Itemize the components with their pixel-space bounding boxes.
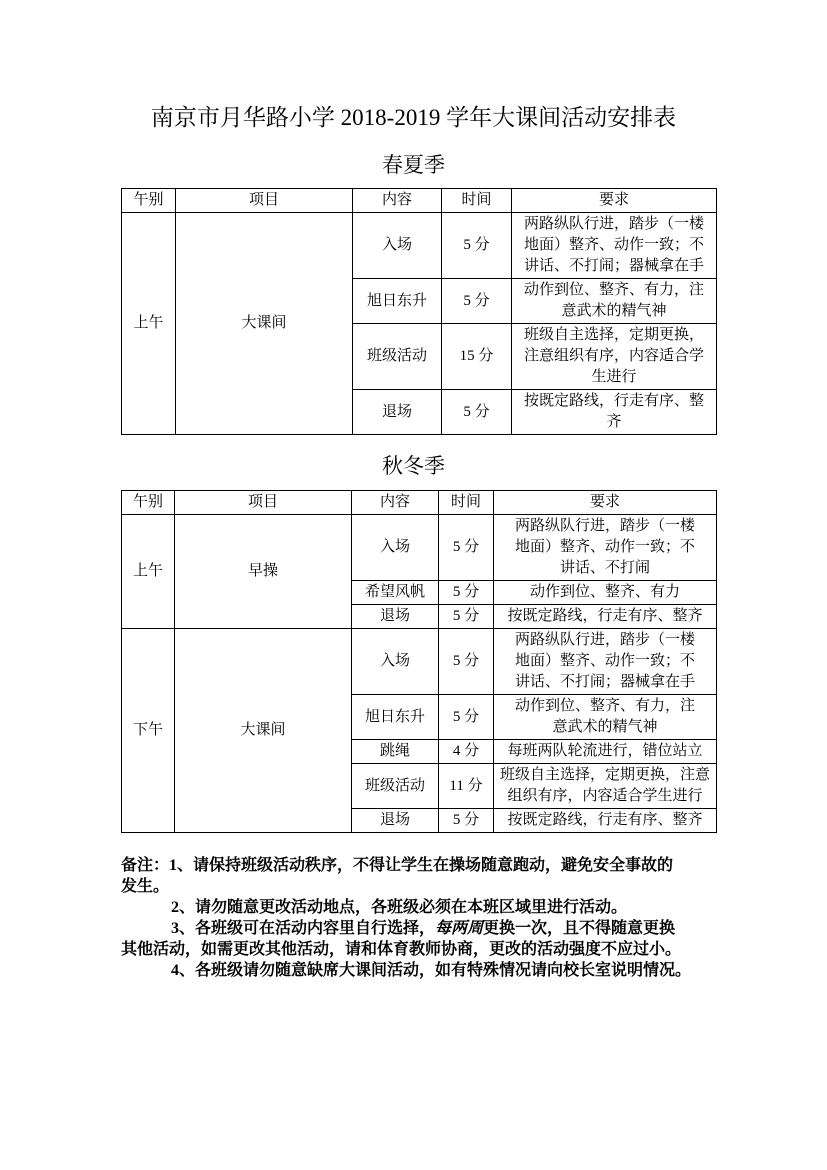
table-row: 上午 大课间 入场 5 分 两路纵队行进，踏步（一楼 地面）整齐、动作一致；不 … bbox=[122, 213, 717, 279]
time-cell: 4 分 bbox=[439, 740, 494, 764]
time-cell: 5 分 bbox=[439, 695, 494, 740]
header-row: 午别 项目 内容 时间 要求 bbox=[122, 189, 717, 213]
content-cell: 旭日东升 bbox=[353, 279, 442, 324]
note-item-3: 3、各班级可在活动内容里自行选择，每两周更换一次，且不得随意更换 其他活动，如需… bbox=[121, 918, 717, 960]
header-cell-period: 午别 bbox=[122, 491, 175, 515]
content-cell: 退场 bbox=[352, 809, 439, 833]
note-item-1: 备注：1、请保持班级活动秩序，不得让学生在操场随意跑动，避免安全事故的 发生。 bbox=[121, 855, 717, 897]
note-item-4: 4、各班级请勿随意缺席大课间活动，如有特殊情况请向校长室说明情况。 bbox=[121, 960, 717, 981]
content-cell: 班级活动 bbox=[353, 324, 442, 390]
requirement-cell: 每班两队轮流进行，错位站立 bbox=[494, 740, 717, 764]
requirement-cell: 两路纵队行进，踏步（一楼 地面）整齐、动作一致；不 讲话、不打闹；器械拿在手 bbox=[494, 629, 717, 695]
header-cell-project: 项目 bbox=[176, 189, 353, 213]
time-cell: 5 分 bbox=[439, 605, 494, 629]
content-cell: 班级活动 bbox=[352, 764, 439, 809]
requirement-cell: 按既定路线，行走有序、整 齐 bbox=[512, 390, 717, 435]
time-cell: 5 分 bbox=[442, 390, 512, 435]
requirement-cell: 按既定路线，行走有序、整齐 bbox=[494, 809, 717, 833]
document-page: 南京市月华路小学 2018-2019 学年大课间活动安排表 春夏季 午别 项目 … bbox=[0, 0, 827, 1170]
content-cell: 跳绳 bbox=[352, 740, 439, 764]
time-cell: 5 分 bbox=[439, 581, 494, 605]
content-cell: 退场 bbox=[352, 605, 439, 629]
season-section-spring-summer: 春夏季 午别 项目 内容 时间 要求 上午 大课间 入场 5 分 bbox=[0, 151, 827, 435]
header-cell-time: 时间 bbox=[439, 491, 494, 515]
content-cell: 退场 bbox=[353, 390, 442, 435]
header-cell-content: 内容 bbox=[352, 491, 439, 515]
requirement-cell: 动作到位、整齐、有力 bbox=[494, 581, 717, 605]
content-cell: 入场 bbox=[352, 629, 439, 695]
schedule-table-autumn-winter: 午别 项目 内容 时间 要求 上午 早操 入场 5 分 两路纵队行进，踏步（一楼… bbox=[121, 490, 717, 833]
season-title-autumn-winter: 秋冬季 bbox=[0, 452, 827, 480]
project-cell: 早操 bbox=[175, 515, 352, 629]
header-cell-requirement: 要求 bbox=[512, 189, 717, 213]
time-cell: 5 分 bbox=[442, 213, 512, 279]
table-row: 下午 大课间 入场 5 分 两路纵队行进，踏步（一楼 地面）整齐、动作一致；不 … bbox=[122, 629, 717, 695]
header-row: 午别 项目 内容 时间 要求 bbox=[122, 491, 717, 515]
header-cell-period: 午别 bbox=[122, 189, 176, 213]
requirement-cell: 动作到位、整齐、有力，注 意武术的精气神 bbox=[512, 279, 717, 324]
time-cell: 15 分 bbox=[442, 324, 512, 390]
header-cell-content: 内容 bbox=[353, 189, 442, 213]
season-section-autumn-winter: 秋冬季 午别 项目 内容 时间 要求 上午 早操 入场 5 分 bbox=[0, 452, 827, 833]
requirement-cell: 动作到位、整齐、有力，注 意武术的精气神 bbox=[494, 695, 717, 740]
page-title: 南京市月华路小学 2018-2019 学年大课间活动安排表 bbox=[0, 0, 827, 134]
content-cell: 旭日东升 bbox=[352, 695, 439, 740]
season-title-spring-summer: 春夏季 bbox=[0, 151, 827, 179]
project-cell: 大课间 bbox=[175, 629, 352, 833]
requirement-cell: 两路纵队行进，踏步（一楼 地面）整齐、动作一致；不 讲话、不打闹 bbox=[494, 515, 717, 581]
header-cell-project: 项目 bbox=[175, 491, 352, 515]
time-cell: 5 分 bbox=[439, 809, 494, 833]
time-cell: 5 分 bbox=[442, 279, 512, 324]
time-cell: 11 分 bbox=[439, 764, 494, 809]
content-cell: 希望风帆 bbox=[352, 581, 439, 605]
note-item-2: 2、请勿随意更改活动地点，各班级必须在本班区域里进行活动。 bbox=[121, 897, 717, 918]
period-cell: 下午 bbox=[122, 629, 175, 833]
project-cell: 大课间 bbox=[176, 213, 353, 435]
table-row: 上午 早操 入场 5 分 两路纵队行进，踏步（一楼 地面）整齐、动作一致；不 讲… bbox=[122, 515, 717, 581]
requirement-cell: 两路纵队行进，踏步（一楼 地面）整齐、动作一致；不 讲话、不打闹；器械拿在手 bbox=[512, 213, 717, 279]
notes: 备注：1、请保持班级活动秩序，不得让学生在操场随意跑动，避免安全事故的 发生。 … bbox=[121, 855, 717, 981]
requirement-cell: 班级自主选择，定期更换，注意 组织有序，内容适合学生进行 bbox=[494, 764, 717, 809]
period-cell: 上午 bbox=[122, 213, 176, 435]
time-cell: 5 分 bbox=[439, 629, 494, 695]
header-cell-time: 时间 bbox=[442, 189, 512, 213]
requirement-cell: 按既定路线，行走有序、整齐 bbox=[494, 605, 717, 629]
time-cell: 5 分 bbox=[439, 515, 494, 581]
content-cell: 入场 bbox=[352, 515, 439, 581]
note-3-prefix: 3、各班级可在活动内容里自行选择， bbox=[171, 920, 435, 937]
content-cell: 入场 bbox=[353, 213, 442, 279]
schedule-table-spring-summer: 午别 项目 内容 时间 要求 上午 大课间 入场 5 分 两路纵队行进，踏步（一… bbox=[121, 188, 717, 435]
requirement-cell: 班级自主选择，定期更换， 注意组织有序，内容适合学 生进行 bbox=[512, 324, 717, 390]
period-cell: 上午 bbox=[122, 515, 175, 629]
header-cell-requirement: 要求 bbox=[494, 491, 717, 515]
note-3-italic-phrase: 每两周 bbox=[435, 920, 483, 937]
